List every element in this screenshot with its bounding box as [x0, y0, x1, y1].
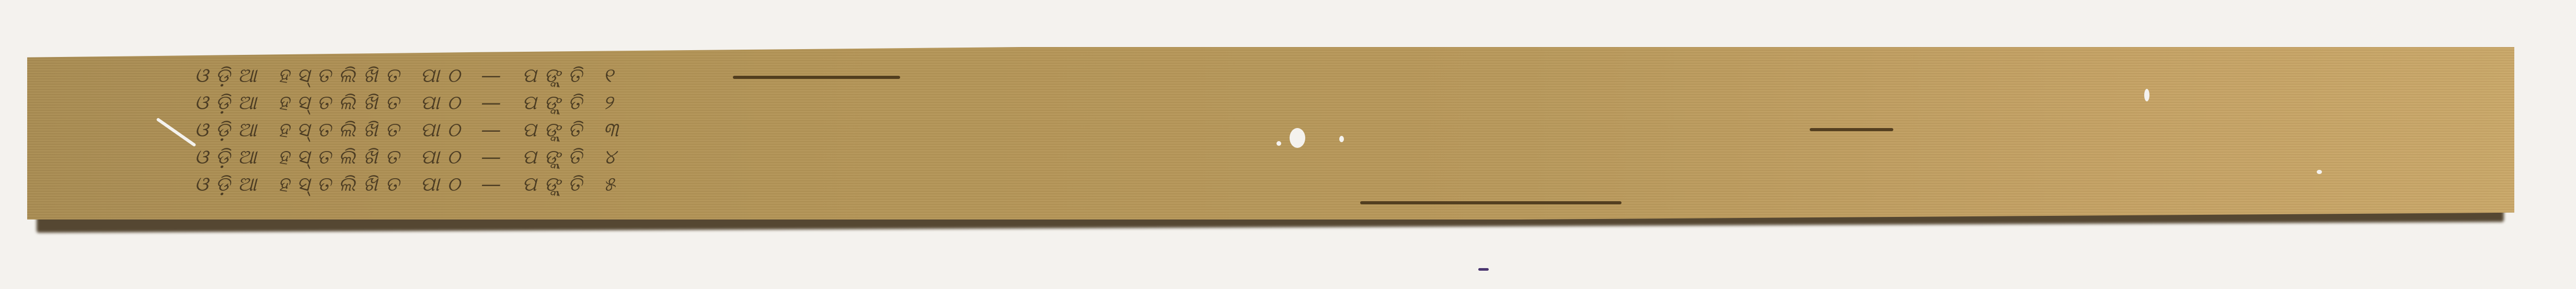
- worm-hole: [1276, 141, 1281, 146]
- text-line-1: ଓଡ଼ିଆ ହସ୍ତଲିଖିତ ପାଠ — ପଙ୍କ୍ତି ୧: [194, 62, 2390, 89]
- archive-mark: [1478, 268, 1489, 271]
- damage-crack: [1360, 201, 1621, 204]
- worm-hole: [2144, 89, 2149, 101]
- manuscript-photo: ଓଡ଼ିଆ ହସ୍ତଲିଖିତ ପାଠ — ପଙ୍କ୍ତି ୧ ଓଡ଼ିଆ ହସ…: [0, 0, 2576, 289]
- text-line-2: ଓଡ଼ିଆ ହସ୍ତଲିଖିତ ପାଠ — ପଙ୍କ୍ତି ୨: [194, 89, 2390, 116]
- text-line-5: ଓଡ଼ିଆ ହସ୍ତଲିଖିତ ପାଠ — ପଙ୍କ୍ତି ୫: [194, 170, 2390, 198]
- string-hole: [1290, 128, 1305, 148]
- damage-crack: [733, 76, 900, 79]
- worm-hole: [2317, 170, 2322, 174]
- palm-leaf: ଓଡ଼ିଆ ହସ୍ତଲିଖିତ ପାଠ — ପଙ୍କ୍ତି ୧ ଓଡ଼ିଆ ହସ…: [27, 47, 2514, 219]
- damage-crack: [1810, 128, 1893, 131]
- text-line-4: ଓଡ଼ିଆ ହସ୍ତଲିଖିତ ପାଠ — ପଙ୍କ୍ତି ୪: [194, 143, 2390, 170]
- worm-hole: [1339, 136, 1344, 142]
